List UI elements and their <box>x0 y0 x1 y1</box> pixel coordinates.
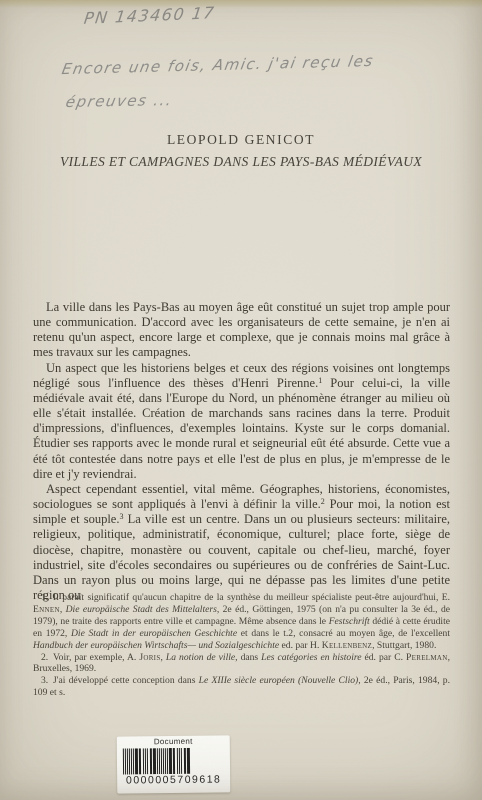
scan-edge-strip <box>0 0 482 8</box>
footnotes: 1. Il paraît significatif qu'aucun chapi… <box>33 592 450 699</box>
body-text: La ville dans les Pays-Bas au moyen âge … <box>33 300 450 603</box>
paragraph: Un aspect que les historiens belges et c… <box>33 361 450 482</box>
paragraph: Aspect cependant essentiel, vital même. … <box>33 482 450 603</box>
paragraph: 2. Voir, par exemple, A. Joris, La notio… <box>33 652 450 676</box>
author-name: LEOPOLD GENICOT <box>0 132 482 148</box>
barcode-label-text: Document <box>154 736 193 747</box>
handwritten-note-line2: épreuves ... <box>64 91 174 111</box>
handwritten-note-line1: Encore une fois, Amic. j'ai reçu les <box>60 52 375 78</box>
barcode-icon <box>121 747 225 774</box>
page-title: VILLES ET CAMPAGNES DANS LES PAYS-BAS MÉ… <box>0 154 482 170</box>
barcode-number: 0000005709618 <box>126 773 222 786</box>
paragraph: 1. Il paraît significatif qu'aucun chapi… <box>33 592 450 652</box>
barcode-sticker: Document 0000005709618 <box>117 735 231 793</box>
scanned-document-page: PN 143460 17 Encore une fois, Amic. j'ai… <box>0 0 482 800</box>
paragraph: La ville dans les Pays-Bas au moyen âge … <box>33 300 450 361</box>
paragraph: 3. J'ai développé cette conception dans … <box>33 675 450 699</box>
